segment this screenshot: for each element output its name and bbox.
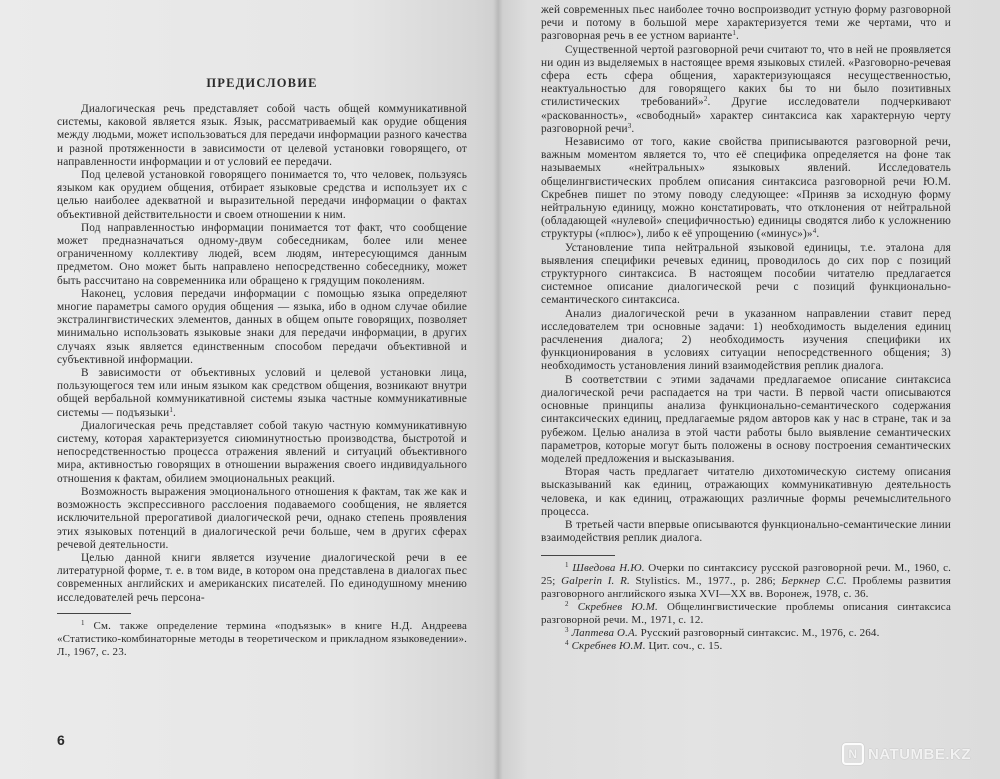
paragraph: Диалогическая речь представляет собой та… — [57, 420, 467, 486]
footnote-text: Stylistics. M., 1977., p. 286; — [630, 575, 782, 587]
watermark-text: NATUMBE.KZ — [868, 746, 971, 763]
footnote-text: Цит. соч., с. 15. — [646, 640, 723, 652]
footnotes: 1 Шведова Н.Ю. Очерки по синтаксису русс… — [541, 562, 951, 653]
page-title: ПРЕДИСЛОВИЕ — [57, 76, 467, 91]
paragraph: Под целевой установкой говорящего понима… — [57, 169, 467, 222]
footnote-text: Русский разговорный синтаксис. М., 1976,… — [638, 627, 880, 639]
paragraph: Под направленностью информации понимаетс… — [57, 222, 467, 288]
footnote: 2 Скребнев Ю.М. Общелингвистические проб… — [541, 601, 951, 627]
punctuation: . — [173, 407, 176, 419]
paragraph: В соответствии с этими задачами предлага… — [541, 374, 951, 466]
footnote-author: Galperin I. R. — [561, 575, 630, 587]
footnote-author: Лаптева О.А. — [572, 627, 638, 639]
footnote-author: Шведова Н.Ю. — [572, 562, 644, 574]
paragraph: Независимо от того, какие свойства припи… — [541, 136, 951, 242]
paragraph: Существенной чертой разговорной речи счи… — [541, 44, 951, 136]
book-gutter — [493, 0, 503, 779]
punctuation: . — [736, 30, 739, 42]
watermark-logo-icon: N — [842, 743, 864, 765]
paragraph: Анализ диалогической речи в указанном на… — [541, 308, 951, 374]
left-page-body: Диалогическая речь представляет собой ча… — [57, 103, 467, 659]
footnotes: 1 См. также определение термина «подъязы… — [57, 620, 467, 659]
punctuation: . — [816, 228, 819, 240]
footnote-mark: 3 — [565, 626, 569, 634]
right-page-body: жей современных пьес наиболее точно восп… — [541, 4, 951, 653]
footnote-author: Скребнев Ю.М. — [572, 640, 646, 652]
footnote-author: Беркнер С.С. — [781, 575, 846, 587]
paragraph: В зависимости от объективных условий и ц… — [57, 367, 467, 420]
paragraph: Установление типа нейтральной языковой е… — [541, 242, 951, 308]
punctuation: . — [631, 123, 634, 135]
paragraph: Целью данной книги является изучение диа… — [57, 552, 467, 605]
footnote-mark: 1 — [81, 619, 85, 627]
paragraph: Наконец, условия передачи информации с п… — [57, 288, 467, 367]
right-page: жей современных пьес наиболее точно восп… — [498, 0, 1000, 779]
footnote-divider — [541, 555, 615, 556]
footnote-text: См. также определение термина «подъязык»… — [57, 620, 467, 658]
footnote: 1 Шведова Н.Ю. Очерки по синтаксису русс… — [541, 562, 951, 601]
footnote-divider — [57, 613, 131, 614]
paragraph-text: Независимо от того, какие свойства припи… — [541, 136, 951, 240]
paragraph: Диалогическая речь представляет собой ча… — [57, 103, 467, 169]
paragraph-text: жей современных пьес наиболее точно восп… — [541, 4, 951, 42]
footnote-author: Скребнев Ю.М. — [578, 601, 658, 613]
footnote: 3 Лаптева О.А. Русский разговорный синта… — [541, 627, 951, 640]
footnote-mark: 2 — [565, 600, 569, 608]
footnote-mark: 1 — [565, 561, 569, 569]
paragraph-text: В зависимости от объективных условий и ц… — [57, 367, 467, 419]
left-page: ПРЕДИСЛОВИЕ Диалогическая речь представл… — [0, 0, 498, 779]
footnote-mark: 4 — [565, 639, 569, 647]
paragraph: В третьей части впервые описываются функ… — [541, 519, 951, 545]
page-number: 6 — [57, 732, 65, 748]
paragraph: Возможность выражения эмоционального отн… — [57, 486, 467, 552]
footnote: 1 См. также определение термина «подъязы… — [57, 620, 467, 659]
footnote: 4 Скребнев Ю.М. Цит. соч., с. 15. — [541, 640, 951, 653]
paragraph: Вторая часть предлагает читателю дихотом… — [541, 466, 951, 519]
watermark: N NATUMBE.KZ — [842, 743, 971, 765]
paragraph: жей современных пьес наиболее точно восп… — [541, 4, 951, 44]
